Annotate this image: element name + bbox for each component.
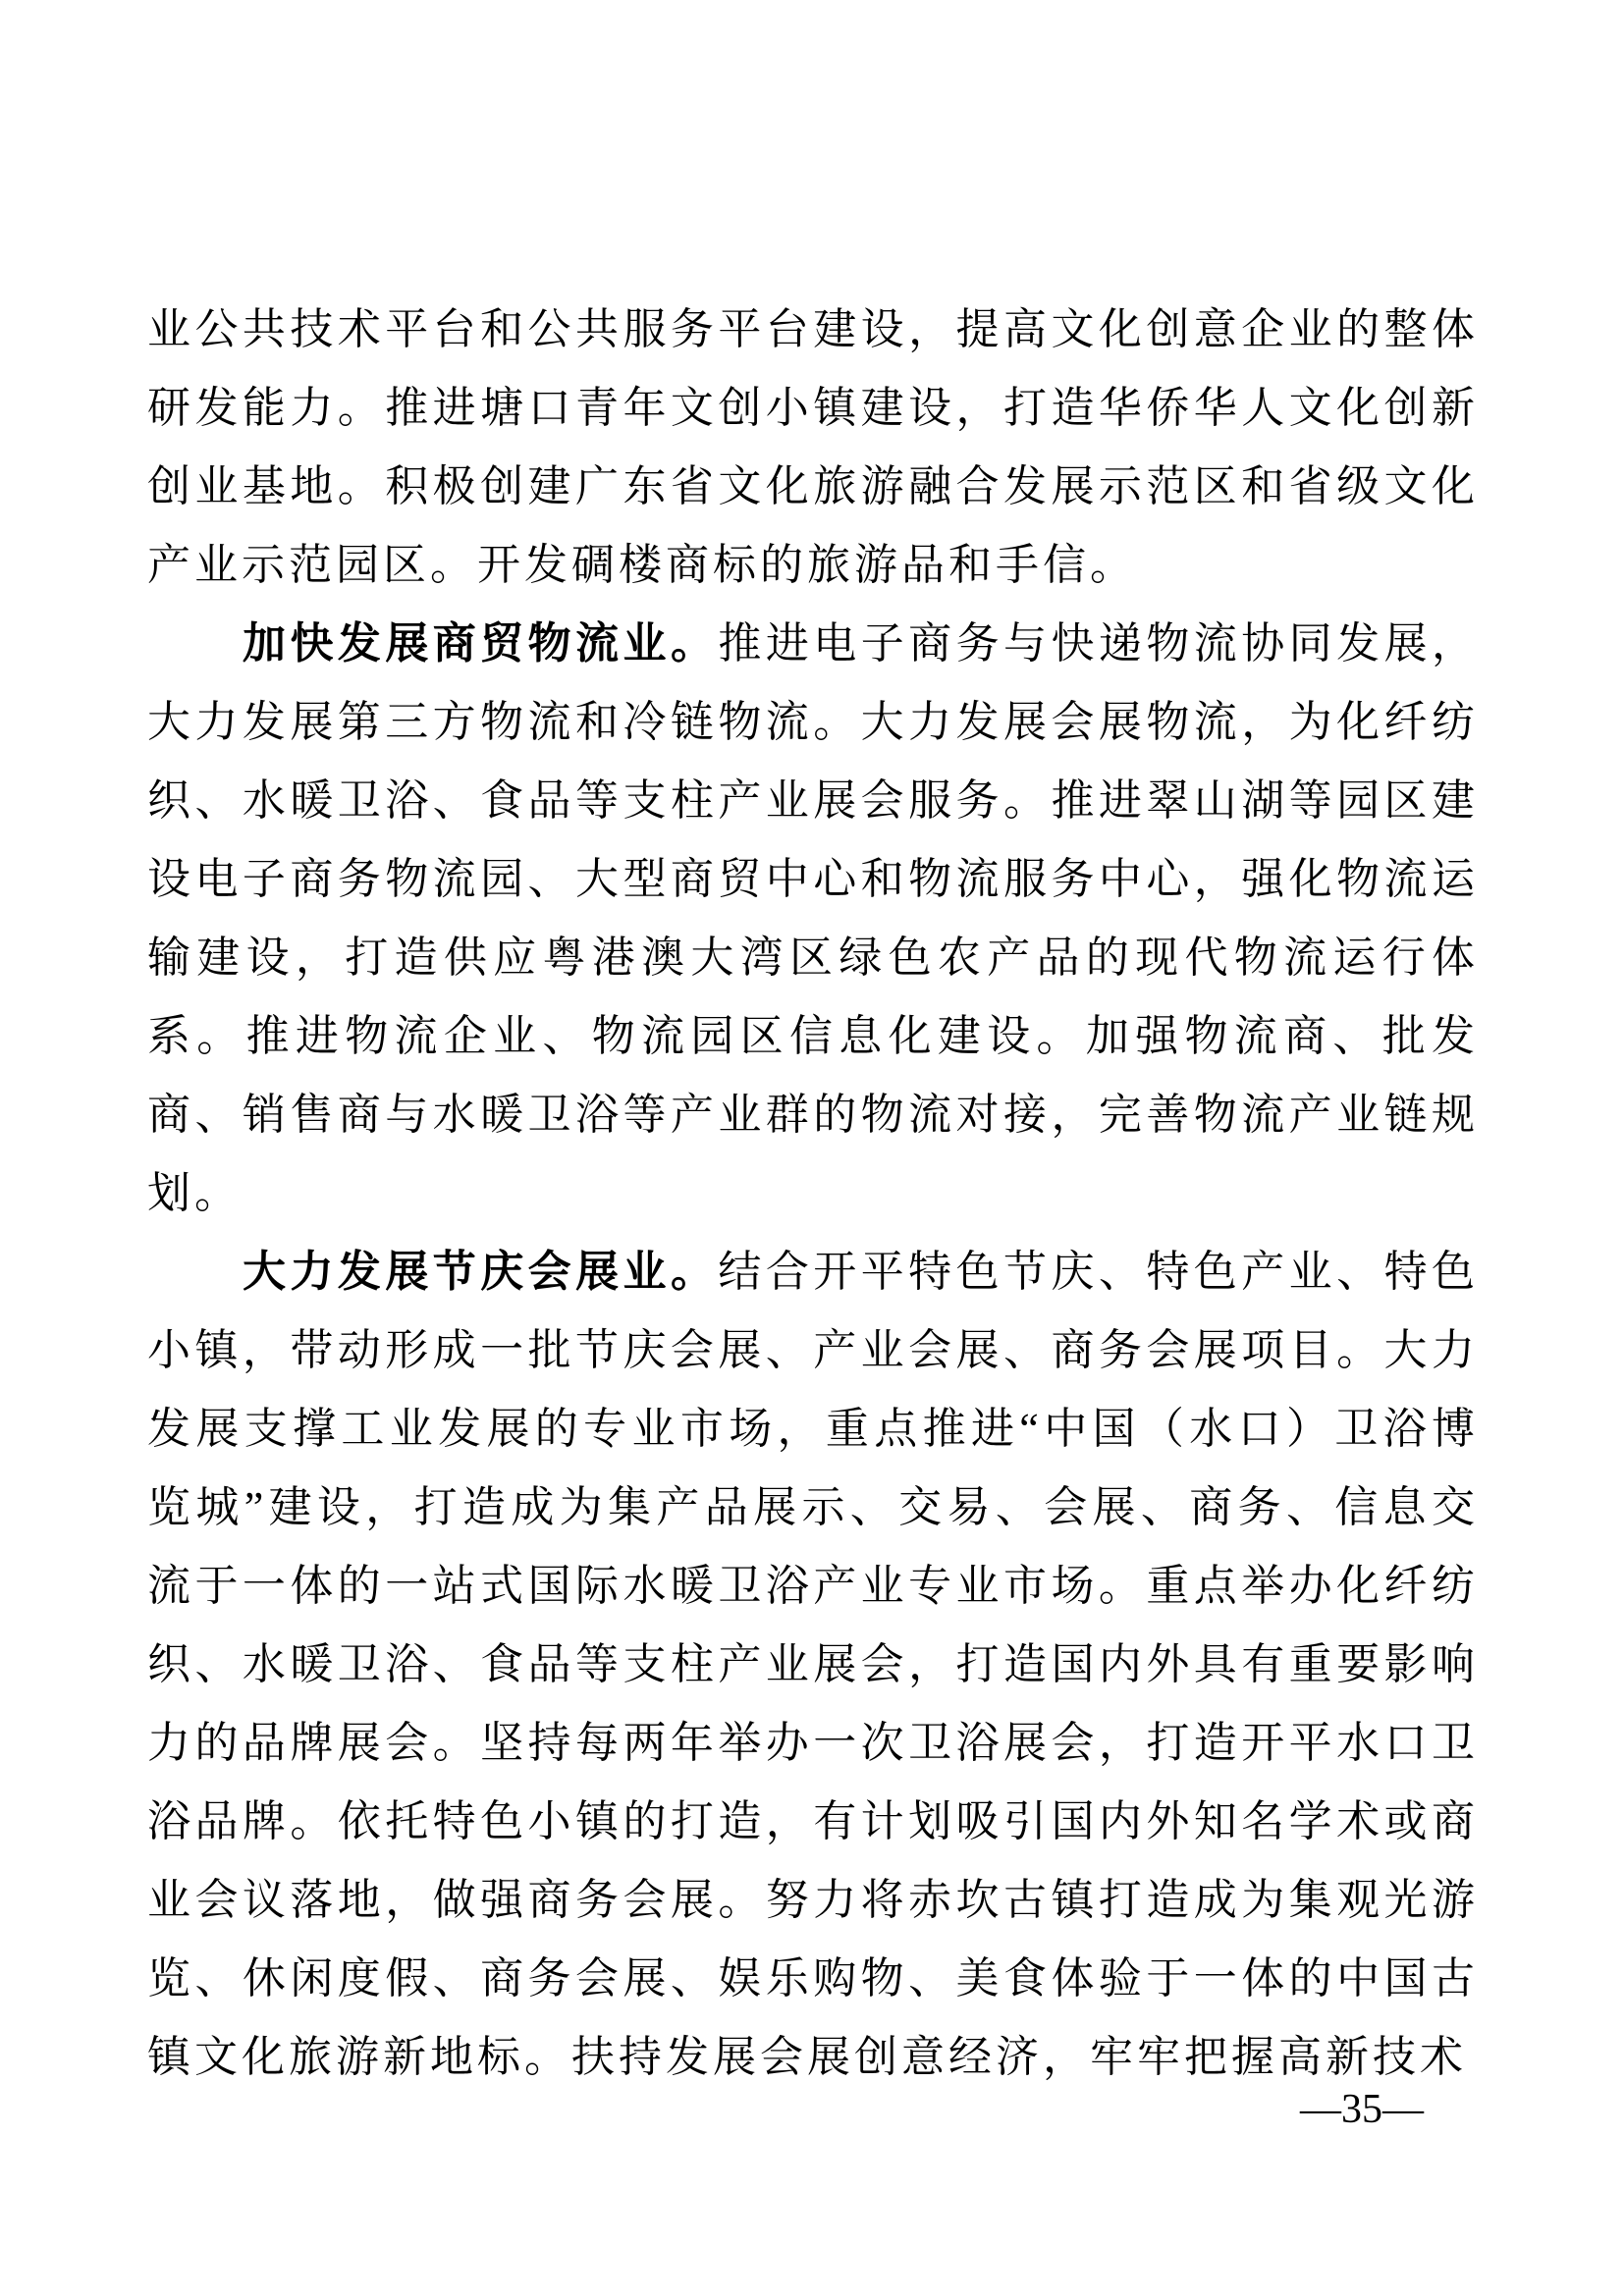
paragraph-continuation: 业公共技术平台和公共服务平台建设，提高文化创意企业的整体研发能力。推进塘口青年文…	[147, 291, 1479, 605]
paragraph-text: 业公共技术平台和公共服务平台建设，提高文化创意企业的整体研发能力。推进塘口青年文…	[147, 305, 1479, 589]
paragraph-text: 结合开平特色节庆、特色产业、特色小镇，带动形成一批节庆会展、产业会展、商务会展项…	[147, 1248, 1479, 2081]
page-number: —35—	[1300, 2085, 1424, 2134]
paragraph-exhibition: 大力发展节庆会展业。结合开平特色节庆、特色产业、特色小镇，带动形成一批节庆会展、…	[147, 1233, 1479, 2097]
paragraph-lead: 加快发展商贸物流业。	[243, 619, 718, 667]
paragraph-logistics: 加快发展商贸物流业。推进电子商务与快递物流协同发展，大力发展第三方物流和冷链物流…	[147, 605, 1479, 1233]
document-body: 业公共技术平台和公共服务平台建设，提高文化创意企业的整体研发能力。推进塘口青年文…	[147, 291, 1479, 2097]
paragraph-lead: 大力发展节庆会展业。	[243, 1248, 718, 1296]
document-page: 业公共技术平台和公共服务平台建设，提高文化创意企业的整体研发能力。推进塘口青年文…	[0, 0, 1624, 2296]
paragraph-text: 推进电子商务与快递物流协同发展，大力发展第三方物流和冷链物流。大力发展会展物流，…	[147, 619, 1479, 1217]
